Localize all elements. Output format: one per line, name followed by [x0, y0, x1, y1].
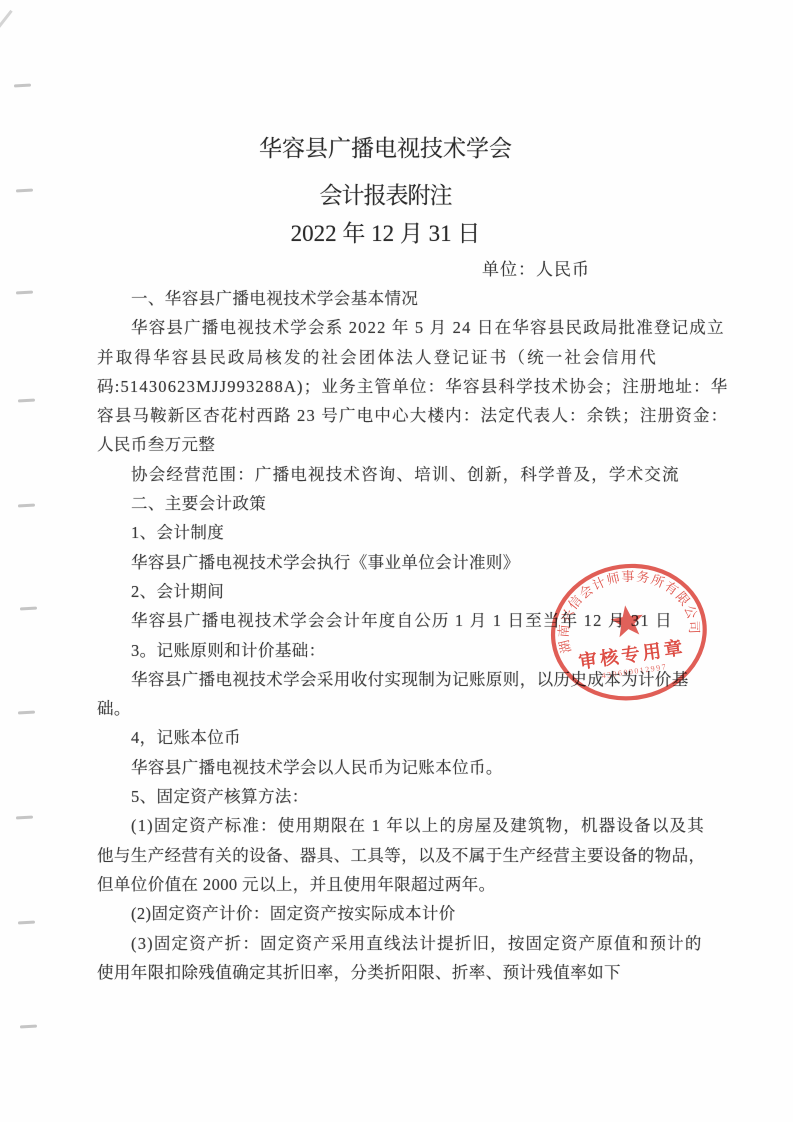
body-line: 二、主要会计政策	[97, 489, 677, 518]
scan-edge-artifact	[20, 607, 37, 611]
scanned-document-page: 华容县广播电视技术学会 会计报表附注 2022 年 12 月 31 日 单位：人…	[0, 0, 793, 1122]
scan-edge-artifact	[18, 921, 35, 925]
scan-corner-artifact	[0, 10, 13, 32]
body-line: (1)固定资产标准：使用期限在 1 年以上的房屋及建筑物，机器设备以及其	[97, 811, 677, 840]
audit-stamp: 湖南兴信会计师事务所有限公司 审核专用章 430600012997	[535, 547, 724, 719]
stamp-star-icon	[609, 603, 645, 638]
body-line: 华容县广播电视技术学会系 2022 年 5 月 24 日在华容县民政局批准登记成…	[97, 313, 677, 342]
body-line: 并取得华容县民政局核发的社会团体法人登记证书（统一社会信用代	[97, 343, 677, 372]
unit-label: 单位：人民币	[482, 259, 590, 281]
scan-edge-artifact	[16, 291, 33, 295]
scan-edge-artifact	[18, 711, 35, 715]
doc-title-report-name: 会计报表附注	[0, 181, 782, 211]
scan-edge-artifact	[20, 1025, 37, 1029]
scan-edge-artifact	[14, 84, 31, 88]
scan-edge-artifact	[18, 504, 35, 508]
body-line: 容县马鞍新区杏花村西路 23 号广电中心大楼内：法定代表人：余铁；注册资金：	[97, 401, 677, 430]
body-line: 1、会计制度	[97, 518, 677, 547]
scan-edge-artifact	[18, 399, 35, 403]
body-line: (3)固定资产折：固定资产采用直线法计提折旧，按固定资产原值和预计的	[97, 929, 677, 958]
body-line: 4，记账本位币	[97, 723, 677, 752]
body-line: 但单位价值在 2000 元以上，并且使用年限超过两年。	[97, 870, 677, 899]
body-line: 5、固定资产核算方法：	[97, 782, 677, 811]
body-line: 使用年限扣除残值确定其折旧率，分类折阳限、折率、预计残值率如下	[97, 958, 677, 987]
doc-title-org-name: 华容县广播电视技术学会	[0, 134, 782, 164]
audit-stamp-graphic: 湖南兴信会计师事务所有限公司 审核专用章 430600012997	[535, 547, 724, 719]
body-line: 协会经营范围：广播电视技术咨询、培训、创新，科学普及，学术交流	[97, 460, 677, 489]
body-line: 人民币叁万元整	[97, 430, 677, 459]
body-line: 他与生产经营有关的设备、器具、工具等，以及不属于生产经营主要设备的物品，	[97, 841, 677, 870]
body-line: 码:51430623MJJ993288A)；业务主管单位：华容县科学技术协会；注…	[97, 372, 677, 401]
body-line: (2)固定资产计价：固定资产按实际成本计价	[97, 899, 677, 928]
body-line: 华容县广播电视技术学会以人民币为记账本位币。	[97, 753, 677, 782]
body-line: 一、华容县广播电视技术学会基本情况	[97, 284, 677, 313]
scan-edge-artifact	[16, 816, 33, 820]
doc-title-date: 2022 年 12 月 31 日	[0, 219, 782, 249]
